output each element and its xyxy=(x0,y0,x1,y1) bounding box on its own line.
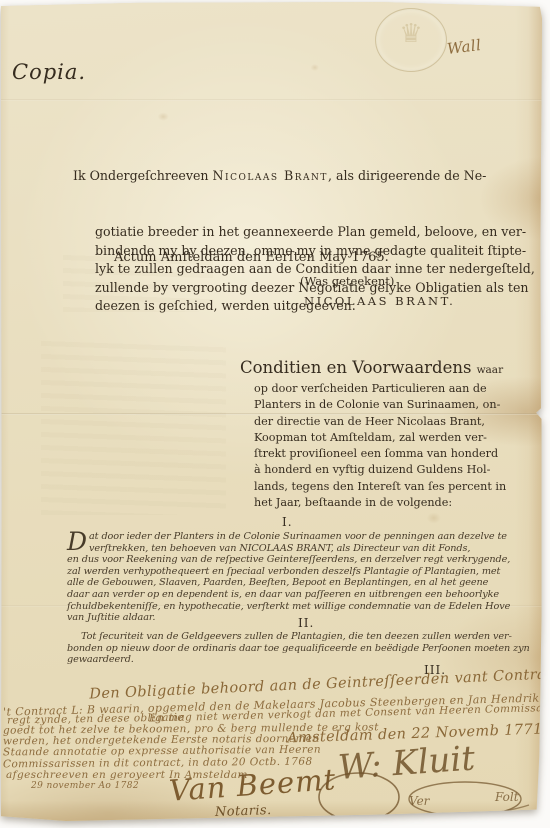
article-1-numeral: I. xyxy=(282,515,293,529)
kluit-signature: W: Kluit Ver Folt xyxy=(313,735,535,827)
crown-icon: ♛ xyxy=(376,19,446,49)
declaration-line1-pre: Ik Ondergeſchreeven xyxy=(73,168,213,183)
document-paper: ♛ Wall Copia. Ik Ondergeſchreeven Nicola… xyxy=(1,2,542,821)
corner-ink-inscription: Wall xyxy=(446,36,482,58)
article-1-paragraph: Dat door ieder der Planters in de Coloni… xyxy=(67,531,523,624)
was-signed-note: (Was geteekent) xyxy=(300,274,394,288)
actum-dateline: Actum Amſteldam den Eerſten May 1765. xyxy=(114,250,389,265)
conditions-title-suffix: waar xyxy=(477,364,504,376)
declaration-line1-post: , als dirigeerende de Ne- xyxy=(328,168,486,183)
printed-signature-name: NICOLAAS BRANT. xyxy=(304,294,455,308)
signature-flourish-line xyxy=(161,819,289,825)
declaration-first-line: Ik Ondergeſchreeven Nicolaas Brant, als … xyxy=(73,167,535,186)
article-1-text: at door ieder der Planters in de Colonie… xyxy=(67,531,510,623)
fold-crease-top xyxy=(1,99,542,101)
handwritten-note-line: 29 november Ao 1782 xyxy=(31,781,139,791)
declaration-paragraph: Ik Ondergeſchreeven Nicolaas Brant, als … xyxy=(73,130,535,353)
kluit-signature-name: W: Kluit xyxy=(337,738,477,787)
drop-cap: D xyxy=(67,531,89,553)
conditions-section: Conditien en Voorwaardens waar op door v… xyxy=(240,358,512,511)
document-photo: ♛ Wall Copia. Ik Ondergeſchreeven Nicola… xyxy=(0,0,550,828)
notary-title: Notaris. xyxy=(215,803,272,820)
signature-sub-left: Ver xyxy=(409,794,431,808)
conditions-title: Conditien en Voorwaardens xyxy=(240,358,471,377)
conditions-heading: Conditien en Voorwaardens waar xyxy=(240,358,512,377)
article-2-paragraph: Tot ſecuriteit van de Geldgeevers zullen… xyxy=(67,631,523,666)
ink-bleedthrough xyxy=(41,340,226,515)
signature-flourish-loops: W: Kluit Ver Folt xyxy=(313,735,535,827)
embossed-seal: ♛ xyxy=(375,8,447,72)
signature-sub-right: Folt xyxy=(494,790,519,804)
copia-label: Copia. xyxy=(12,60,86,84)
paper-shadow: ♛ Wall Copia. Ik Ondergeſchreeven Nicola… xyxy=(0,0,550,828)
conditions-body: op door verſcheiden Particulieren aan de… xyxy=(240,381,512,511)
nicolaas-brant-name: Nicolaas Brant xyxy=(213,168,328,183)
article-2-numeral: II. xyxy=(298,616,314,630)
